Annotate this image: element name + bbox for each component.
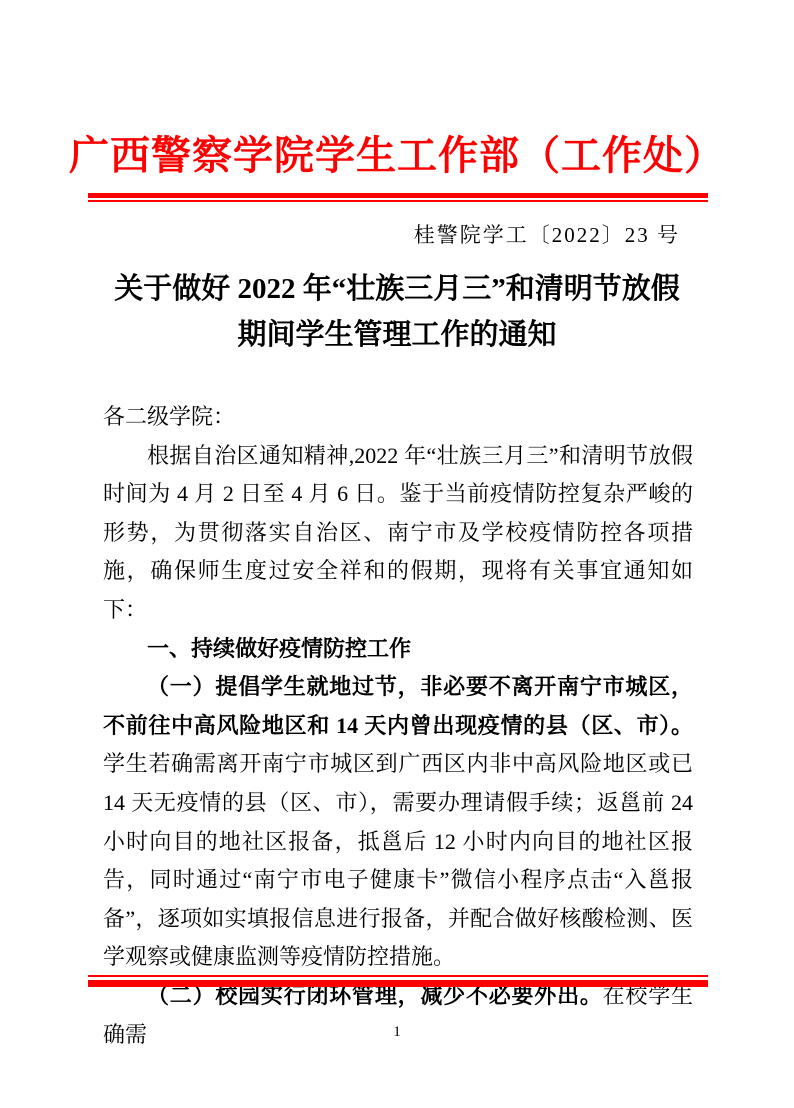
item-2-paragraph: （二）校园实行闭环管理，减少不必要外出。在校学生确需 (103, 977, 693, 1054)
item-1-paragraph: （一）提倡学生就地过节，非必要不离开南宁市城区，不前往中高风险地区和 14 天内… (103, 668, 693, 977)
page-number: 1 (0, 1024, 794, 1041)
item-1-rest: 学生若确需离开南宁市城区到广西区内非中高风险地区或已 14 天无疫情的县（区、市… (103, 751, 693, 969)
document-title: 关于做好 2022 年“壮族三月三”和清明节放假 期间学生管理工作的通知 (0, 266, 794, 358)
rule-thin (88, 975, 708, 977)
rule-thin (88, 200, 708, 202)
rule-thick (88, 980, 708, 987)
item-1-lead: （一）提倡学生就地过节，非必要不离开南宁市城区，不前往中高风险地区和 14 天内… (103, 674, 693, 738)
document-title-line1: 关于做好 2022 年“壮族三月三”和清明节放假 (0, 266, 794, 312)
salutation: 各二级学院： (103, 398, 693, 437)
document-reference-number: 桂警院学工〔2022〕23 号 (414, 219, 680, 249)
letterhead-org-title: 广西警察学院学生工作部（工作处） (0, 124, 794, 181)
footer-double-rule (88, 975, 708, 987)
section-1-heading: 一、持续做好疫情防控工作 (103, 630, 693, 669)
document-page: 广西警察学院学生工作部（工作处） 桂警院学工〔2022〕23 号 关于做好 20… (0, 0, 794, 1108)
intro-paragraph: 根据自治区通知精神,2022 年“壮族三月三”和清明节放假时间为 4 月 2 日… (103, 437, 693, 630)
document-title-line2: 期间学生管理工作的通知 (0, 312, 794, 358)
document-body: 各二级学院： 根据自治区通知精神,2022 年“壮族三月三”和清明节放假时间为 … (103, 398, 693, 1054)
letterhead-double-rule (88, 193, 708, 202)
rule-thick (88, 193, 708, 198)
